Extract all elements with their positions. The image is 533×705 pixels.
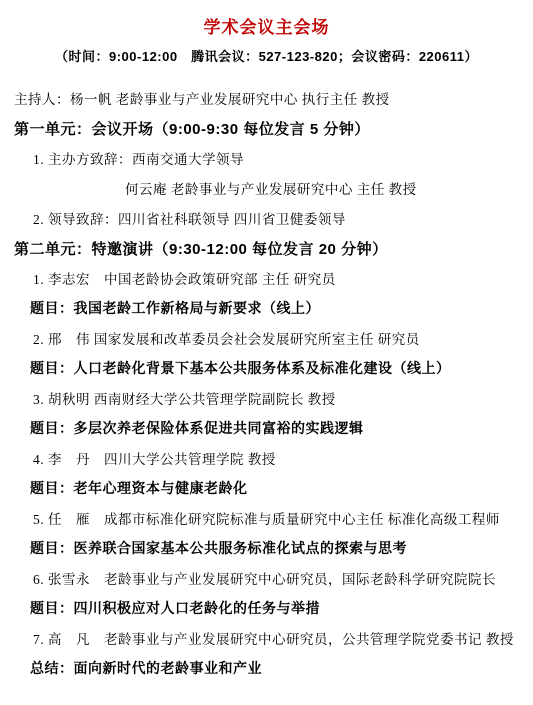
- section-1-heading: 第一单元：会议开场（9:00-9:30 每位发言 5 分钟）: [14, 113, 519, 143]
- topic-line: 题目：四川积极应对人口老龄化的任务与举措: [14, 593, 519, 623]
- agenda-document: 学术会议主会场 （时间：9:00-12:00 腾讯会议：527-123-820；…: [0, 0, 533, 683]
- topic-line: 题目：老年心理资本与健康老龄化: [14, 473, 519, 503]
- section-2-heading: 第二单元：特邀演讲（9:30-12:00 每位发言 20 分钟）: [14, 233, 519, 263]
- agenda-item: 7. 高 凡 老龄事业与产业发展研究中心研究员，公共管理学院党委书记 教授: [14, 623, 519, 653]
- meeting-info-line: （时间：9:00-12:00 腾讯会议：527-123-820；会议密码：220…: [14, 40, 519, 70]
- agenda-item: 6. 张雪永 老龄事业与产业发展研究中心研究员，国际老龄科学研究院院长: [14, 563, 519, 593]
- document-page: { "colors": { "title": "#c00000", "body_…: [0, 0, 533, 705]
- agenda-item: 4. 李 丹 四川大学公共管理学院 教授: [14, 443, 519, 473]
- agenda-subitem: 何云庵 老龄事业与产业发展研究中心 主任 教授: [14, 173, 519, 203]
- topic-line: 题目：医养联合国家基本公共服务标准化试点的探索与思考: [14, 533, 519, 563]
- agenda-item: 5. 任 雁 成都市标准化研究院标准与质量研究中心主任 标准化高级工程师: [14, 503, 519, 533]
- summary-line: 总结：面向新时代的老龄事业和产业: [14, 653, 519, 683]
- agenda-item: 2. 领导致辞：四川省社科联领导 四川省卫健委领导: [14, 203, 519, 233]
- doc-title: 学术会议主会场: [14, 10, 519, 40]
- agenda-item: 1. 李志宏 中国老龄协会政策研究部 主任 研究员: [14, 263, 519, 293]
- agenda-item: 2. 邢 伟 国家发展和改革委员会社会发展研究所室主任 研究员: [14, 323, 519, 353]
- topic-line: 题目：我国老龄工作新格局与新要求（线上）: [14, 293, 519, 323]
- agenda-item: 1. 主办方致辞：西南交通大学领导: [14, 143, 519, 173]
- topic-line: 题目：多层次养老保险体系促进共同富裕的实践逻辑: [14, 413, 519, 443]
- topic-line: 题目：人口老龄化背景下基本公共服务体系及标准化建设（线上）: [14, 353, 519, 383]
- agenda-item: 3. 胡秋明 西南财经大学公共管理学院副院长 教授: [14, 383, 519, 413]
- host-line: 主持人：杨一帆 老龄事业与产业发展研究中心 执行主任 教授: [14, 83, 519, 113]
